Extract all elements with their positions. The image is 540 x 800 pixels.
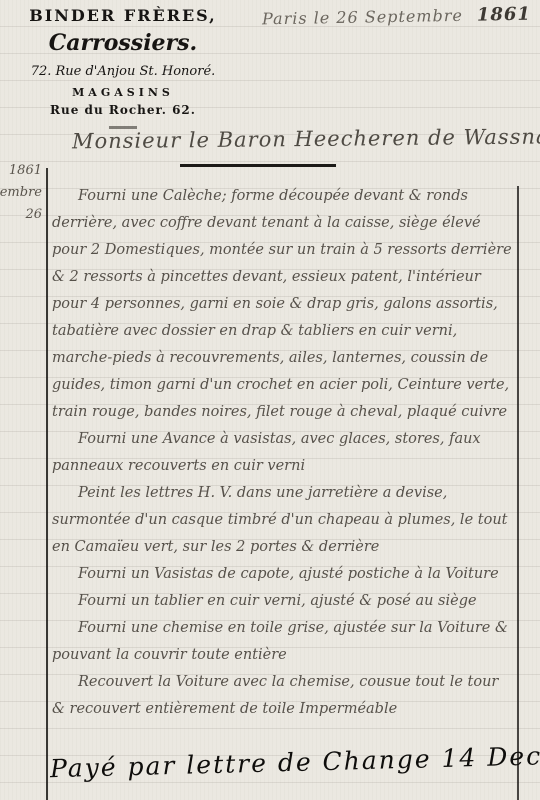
company-address: 72. Rue d'Anjou St. Honoré. xyxy=(6,64,240,79)
margin-date-note: 1861 Septembre 26 xyxy=(0,160,42,226)
magasins-address: Rue du Rocher. 62. xyxy=(6,103,240,117)
salutation: Monsieur le Baron Heecheren de Wassnaer xyxy=(72,125,534,154)
left-margin-rule xyxy=(46,168,48,800)
margin-note-month: Septembre xyxy=(0,182,42,204)
scanned-letter-page: BINDER FRÈRES, Carrossiers. 72. Rue d'An… xyxy=(0,0,540,800)
body-paragraph-chemise: Fourni une chemise en toile grise, ajust… xyxy=(52,615,514,669)
dateline-year: 1861 xyxy=(477,4,531,26)
magasins-label: MAGASINS xyxy=(6,86,240,99)
body-paragraph-tablier: Fourni un tablier en cuir verni, ajusté … xyxy=(52,588,514,615)
payment-note: Payé par lettre de Change 14 Dec. 61. xyxy=(50,742,529,784)
margin-note-year: 1861 xyxy=(0,160,42,182)
margin-note-day: 26 xyxy=(0,204,42,226)
body-paragraph-vasistas: Fourni un Vasistas de capote, ajusté pos… xyxy=(52,561,514,588)
body-paragraph-lettres: Peint les lettres H. V. dans une jarreti… xyxy=(52,480,514,561)
body-paragraph-recouvert: Recouvert la Voiture avec la chemise, co… xyxy=(52,669,514,723)
company-name: BINDER FRÈRES, xyxy=(6,6,240,25)
salutation-underline xyxy=(180,164,336,167)
dateline-place: Paris le 26 Septembre xyxy=(262,6,463,29)
body-paragraph-avance: Fourni une Avance à vasistas, avec glace… xyxy=(52,426,514,480)
letter-body: Fourni une Calèche; forme découpée devan… xyxy=(52,183,514,723)
right-margin-rule xyxy=(517,186,519,800)
dateline: Paris le 26 Septembre1861 xyxy=(262,4,531,30)
body-paragraph-caleche: Fourni une Calèche; forme découpée devan… xyxy=(52,183,514,426)
company-trade: Carrossiers. xyxy=(6,30,240,56)
letterhead: BINDER FRÈRES, Carrossiers. 72. Rue d'An… xyxy=(6,6,240,129)
